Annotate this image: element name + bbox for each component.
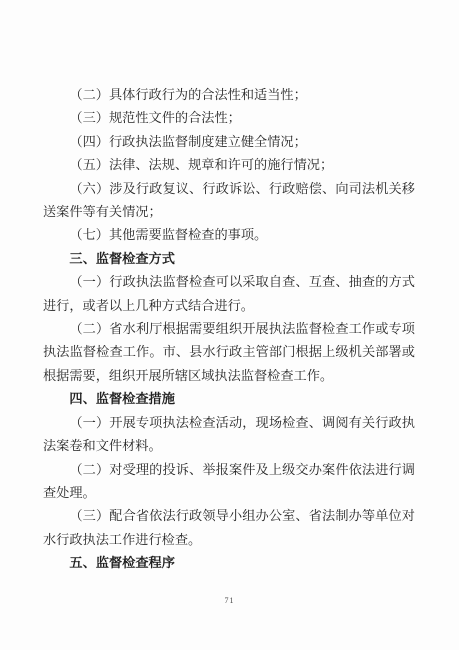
paragraph: （四）行政执法监督制度建立健全情况； — [43, 130, 415, 153]
paragraph: （三）配合省依法行政领导小组办公室、省法制办等单位对水行政执法工作进行检查。 — [43, 504, 415, 551]
paragraph: （七）其他需要监督检查的事项。 — [43, 223, 415, 246]
paragraph: （二）具体行政行为的合法性和适当性； — [43, 83, 415, 106]
section-heading: 三、监督检查方式 — [43, 247, 415, 270]
paragraph: （五）法律、法规、规章和许可的施行情况； — [43, 153, 415, 176]
paragraph: （六）涉及行政复议、行政诉讼、行政赔偿、向司法机关移送案件等有关情况； — [43, 177, 415, 224]
paragraph: （二）省水利厅根据需要组织开展执法监督检查工作或专项执法监督检查工作。市、县水行… — [43, 317, 415, 387]
section-heading: 四、监督检查措施 — [43, 387, 415, 410]
paragraph: （三）规范性文件的合法性； — [43, 106, 415, 129]
section-heading: 五、监督检查程序 — [43, 551, 415, 574]
document-page: （二）具体行政行为的合法性和适当性；（三）规范性文件的合法性；（四）行政执法监督… — [0, 0, 459, 650]
document-body: （二）具体行政行为的合法性和适当性；（三）规范性文件的合法性；（四）行政执法监督… — [43, 83, 415, 575]
paragraph: （二）对受理的投诉、举报案件及上级交办案件依法进行调查处理。 — [43, 458, 415, 505]
paragraph: （一）开展专项执法检查活动，现场检查、调阅有关行政执法案卷和文件材料。 — [43, 411, 415, 458]
page-footer: 71 — [0, 590, 459, 608]
page-number: 71 — [225, 596, 235, 605]
paragraph: （一）行政执法监督检查可以采取自查、互查、抽查的方式进行，或者以上几种方式结合进… — [43, 270, 415, 317]
